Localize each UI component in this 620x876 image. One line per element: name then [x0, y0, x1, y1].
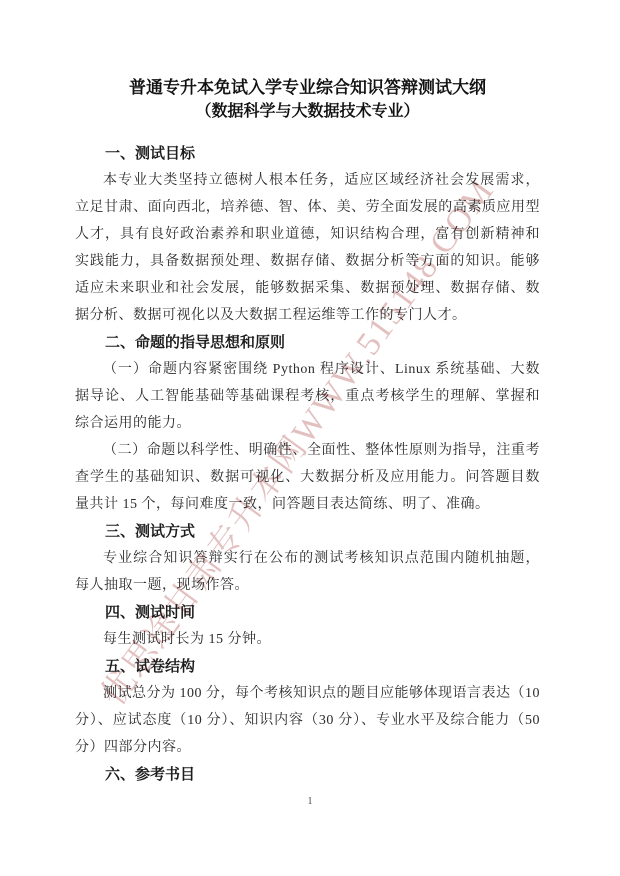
paragraph: 本专业大类坚持立德树人根本任务，适应区域经济社会发展需求，立足甘肃、面向西北，培… [75, 167, 540, 329]
page-number: 1 [0, 796, 620, 807]
text-line: 量共计 15 个，每问难度一致，问答题目表达简练、明了、准确。 [75, 491, 540, 518]
text-line: 每生测试时长为 15 分钟。 [75, 626, 540, 653]
section-heading: 四、测试时间 [75, 599, 540, 626]
text-line: 适应未来职业和社会发展，能够数据采集、数据预处理、数据存储、数 [75, 275, 540, 302]
section-heading: 六、参考书目 [75, 761, 540, 788]
text-line: 查学生的基础知识、数据可视化、大数据分析及应用能力。问答题目数 [75, 464, 540, 491]
paragraph: 测试总分为 100 分，每个考核知识点的题目应能够体现语言表达（10分）、应试态… [75, 680, 540, 761]
text-line: 分）、应试态度（10 分）、知识内容（30 分）、专业水平及综合能力（50 [75, 707, 540, 734]
text-line: 人才，具有良好政治素养和职业道德，知识结构合理，富有创新精神和 [75, 221, 540, 248]
text-line: 测试总分为 100 分，每个考核知识点的题目应能够体现语言表达（10 [75, 680, 540, 707]
paragraph: （二）命题以科学性、明确性、全面性、整体性原则为指导，注重考查学生的基础知识、数… [75, 437, 540, 518]
document-subtitle: （数据科学与大数据技术专业） [75, 100, 540, 124]
document-page: 优思途甘肃专升本网WWW.515148.COM 普通专升本免试入学专业综合知识答… [0, 0, 620, 876]
text-line: 本专业大类坚持立德树人根本任务，适应区域经济社会发展需求， [75, 167, 540, 194]
document-title: 普通专升本免试入学专业综合知识答辩测试大纲 [75, 76, 540, 100]
text-line: 综合运用的能力。 [75, 410, 540, 437]
section-heading: 一、测试目标 [75, 140, 540, 167]
text-line: 据导论、人工智能基础等基础课程考核，重点考核学生的理解、掌握和 [75, 383, 540, 410]
section-heading: 三、测试方式 [75, 518, 540, 545]
text-line: 据分析、数据可视化以及大数据工程运维等工作的专门人才。 [75, 302, 540, 329]
text-line: 分）四部分内容。 [75, 734, 540, 761]
document-content: 普通专升本免试入学专业综合知识答辩测试大纲 （数据科学与大数据技术专业） 一、测… [75, 76, 540, 788]
paragraph: 专业综合知识答辩实行在公布的测试考核知识点范围内随机抽题，每人抽取一题，现场作答… [75, 545, 540, 599]
paragraph: （一）命题内容紧密围绕 Python 程序设计、Linux 系统基础、大数据导论… [75, 356, 540, 437]
text-line: （二）命题以科学性、明确性、全面性、整体性原则为指导，注重考 [75, 437, 540, 464]
paragraph: 每生测试时长为 15 分钟。 [75, 626, 540, 653]
sections-container: 一、测试目标本专业大类坚持立德树人根本任务，适应区域经济社会发展需求，立足甘肃、… [75, 140, 540, 788]
section-heading: 二、命题的指导思想和原则 [75, 329, 540, 356]
text-line: 专业综合知识答辩实行在公布的测试考核知识点范围内随机抽题， [75, 545, 540, 572]
section-heading: 五、试卷结构 [75, 653, 540, 680]
text-line: （一）命题内容紧密围绕 Python 程序设计、Linux 系统基础、大数 [75, 356, 540, 383]
text-line: 每人抽取一题，现场作答。 [75, 572, 540, 599]
text-line: 立足甘肃、面向西北，培养德、智、体、美、劳全面发展的高素质应用型 [75, 194, 540, 221]
text-line: 实践能力，具备数据预处理、数据存储、数据分析等方面的知识。能够 [75, 248, 540, 275]
